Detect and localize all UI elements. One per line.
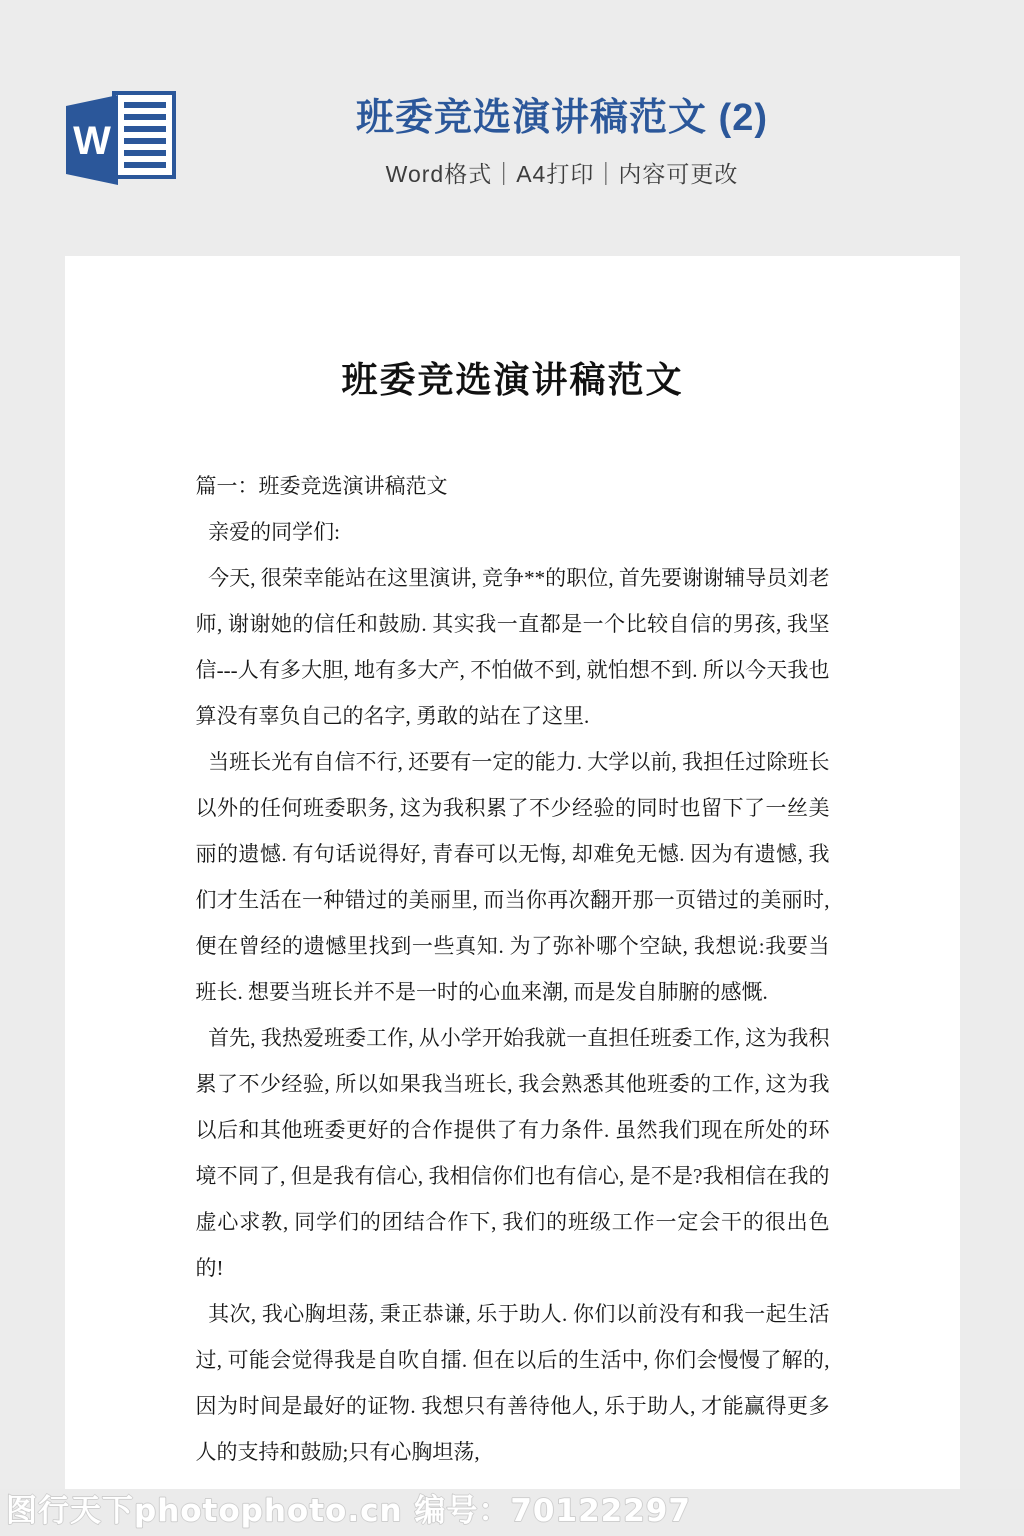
document-title: 班委竞选演讲稿范文 bbox=[65, 256, 960, 403]
document-paragraph: 篇一：班委竞选演讲稿范文 bbox=[196, 463, 830, 509]
watermark-text: 图行天下photophoto.cn 编号：70122297 bbox=[6, 1485, 691, 1530]
document-paragraph: 亲爱的同学们: bbox=[196, 509, 830, 555]
document-body: 篇一：班委竞选演讲稿范文亲爱的同学们:今天, 很荣幸能站在这里演讲, 竞争**的… bbox=[196, 463, 830, 1475]
document-paragraph: 首先, 我热爱班委工作, 从小学开始我就一直担任班委工作, 这为我积累了不少经验… bbox=[196, 1015, 830, 1291]
document-preview-card: 班委竞选演讲稿范文 篇一：班委竞选演讲稿范文亲爱的同学们:今天, 很荣幸能站在这… bbox=[65, 256, 960, 1536]
page-title: 班委竞选演讲稿范文 (2) bbox=[100, 96, 1024, 142]
document-paragraph: 其次, 我心胸坦荡, 秉正恭谦, 乐于助人. 你们以前没有和我一起生活过, 可能… bbox=[196, 1291, 830, 1475]
page-subtitle: Word格式｜A4打印｜内容可更改 bbox=[100, 156, 1024, 189]
header: W 班委竞选演讲稿范文 (2) Word格式｜A4打印｜内容可更改 bbox=[0, 0, 1024, 256]
header-text: 班委竞选演讲稿范文 (2) Word格式｜A4打印｜内容可更改 bbox=[100, 96, 1024, 189]
document-paragraph: 今天, 很荣幸能站在这里演讲, 竞争**的职位, 首先要谢谢辅导员刘老师, 谢谢… bbox=[196, 555, 830, 739]
page: W 班委竞选演讲稿范文 (2) Word格式｜A4打印｜内容可更改 班委竞选演讲… bbox=[0, 0, 1024, 1536]
document-paragraph: 当班长光有自信不行, 还要有一定的能力. 大学以前, 我担任过除班长以外的任何班… bbox=[196, 739, 830, 1015]
